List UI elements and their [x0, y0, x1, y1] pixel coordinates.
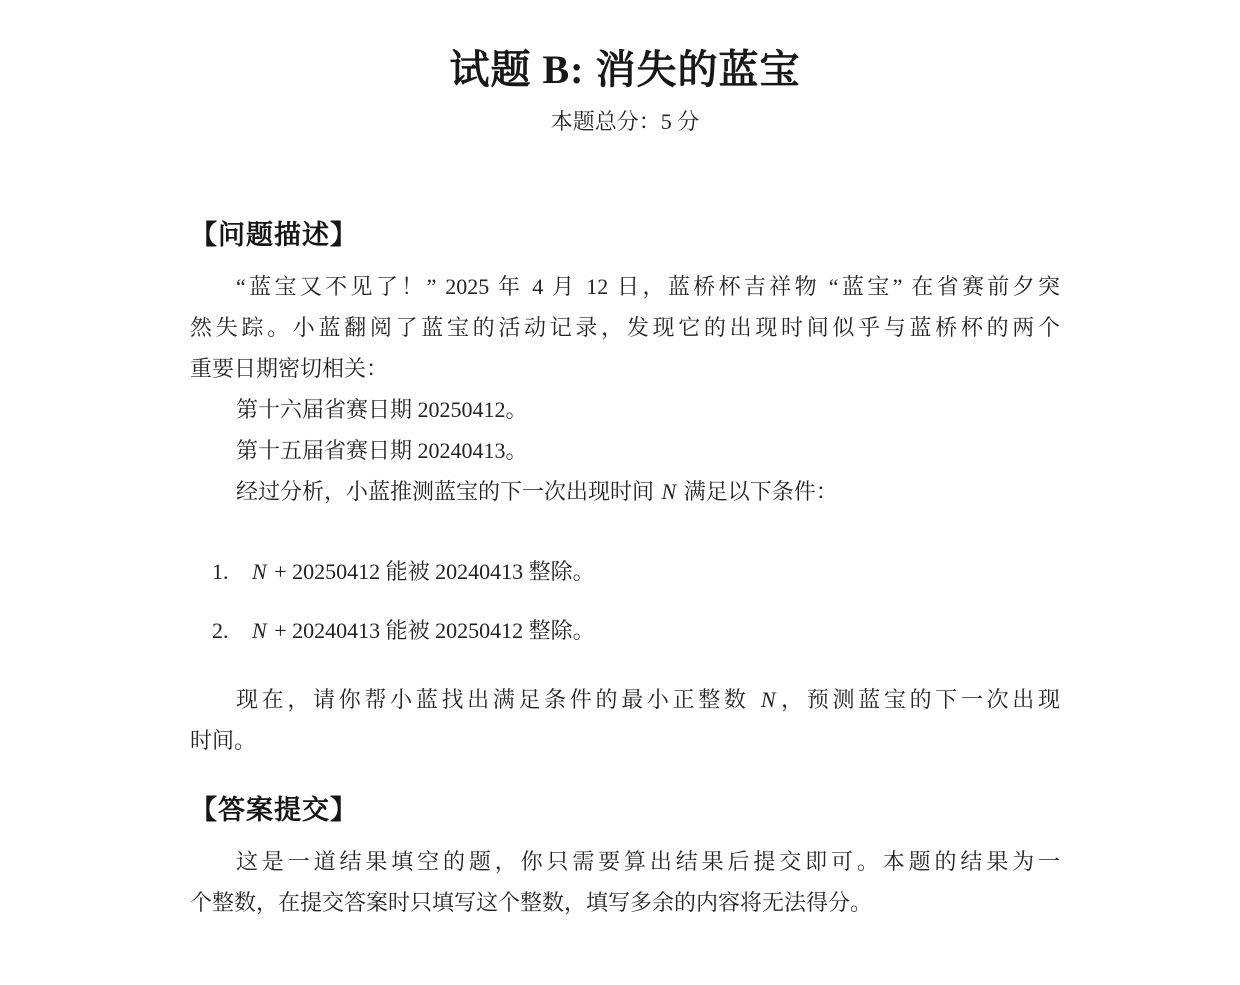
math-var-n: N [759, 687, 778, 712]
para-line: 个整数，在提交答案时只填写这个整数，填写多余的内容将无法得分。 [190, 882, 1060, 923]
date-line-16th: 第十六届省赛日期 20250412。 [190, 389, 1060, 430]
condition-rest: + 20250412 能被 20240413 整除。 [274, 559, 594, 584]
math-var-n: N [250, 618, 269, 643]
para-line: 然失踪。小蓝翻阅了蓝宝的活动记录，发现它的出现时间似乎与蓝桥杯的两个 [190, 307, 1060, 348]
para-line: 重要日期密切相关： [190, 348, 1060, 389]
analysis-line: 经过分析，小蓝推测蓝宝的下一次出现时间 N 满足以下条件： [190, 471, 1060, 512]
section-problem-heading: 【问题描述】 [190, 218, 1060, 252]
para-line: 时间。 [190, 720, 1060, 761]
analysis-pre: 经过分析，小蓝推测蓝宝的下一次出现时间 [236, 479, 654, 504]
problem-intro-paragraph: “蓝宝又不见了！” 2025 年 4 月 12 日，蓝桥杯吉祥物 “蓝宝” 在省… [190, 266, 1060, 512]
problem-task-paragraph: 现在，请你帮小蓝找出满足条件的最小正整数 N，预测蓝宝的下一次出现 时间。 [190, 679, 1060, 761]
math-var-n: N [250, 559, 269, 584]
condition-marker: 1. [212, 551, 250, 592]
para-line: “蓝宝又不见了！” 2025 年 4 月 12 日，蓝桥杯吉祥物 “蓝宝” 在省… [190, 266, 1060, 307]
para-line: 这是一道结果填空的题，你只需要算出结果后提交即可。本题的结果为一 [190, 841, 1060, 882]
document-content: 试题 B: 消失的蓝宝 本题总分：5 分 【问题描述】 “蓝宝又不见了！” 20… [190, 0, 1060, 923]
task-post: ，预测蓝宝的下一次出现 [778, 687, 1061, 712]
condition-marker: 2. [212, 610, 250, 651]
page-title: 试题 B: 消失的蓝宝 [190, 46, 1060, 94]
condition-item: 2. N + 20240413 能被 20250412 整除。 [190, 610, 1060, 651]
conditions-list: 1. N + 20250412 能被 20240413 整除。 2. N + 2… [190, 551, 1060, 651]
answer-paragraph: 这是一道结果填空的题，你只需要算出结果后提交即可。本题的结果为一 个整数，在提交… [190, 841, 1060, 923]
page-subtitle: 本题总分：5 分 [190, 109, 1060, 135]
condition-text: N + 20240413 能被 20250412 整除。 [250, 610, 595, 651]
document-page: 试题 B: 消失的蓝宝 本题总分：5 分 【问题描述】 “蓝宝又不见了！” 20… [0, 0, 1240, 985]
title-block: 试题 B: 消失的蓝宝 本题总分：5 分 [190, 0, 1060, 135]
analysis-post: 满足以下条件： [684, 479, 838, 504]
math-var-n: N [660, 479, 679, 504]
condition-rest: + 20240413 能被 20250412 整除。 [274, 618, 594, 643]
task-pre: 现在，请你帮小蓝找出满足条件的最小正整数 [236, 687, 750, 712]
condition-text: N + 20250412 能被 20240413 整除。 [250, 551, 595, 592]
condition-item: 1. N + 20250412 能被 20240413 整除。 [190, 551, 1060, 592]
date-line-15th: 第十五届省赛日期 20240413。 [190, 430, 1060, 471]
section-answer-heading: 【答案提交】 [190, 793, 1060, 827]
para-line: 现在，请你帮小蓝找出满足条件的最小正整数 N，预测蓝宝的下一次出现 [190, 679, 1060, 720]
